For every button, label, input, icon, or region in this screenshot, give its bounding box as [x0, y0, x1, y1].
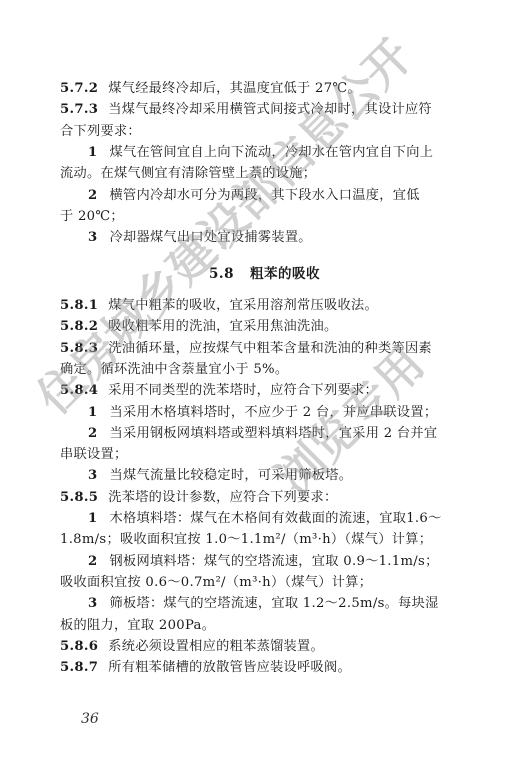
clause-text: 钢板网填料塔：煤气的空塔流速，宜取 0.9～1.1m/s； — [109, 554, 438, 569]
clause-text: 煤气经最终冷却后，其温度宜低于 27℃。 — [108, 81, 361, 96]
clause-text: 横管内冷却水可分为两段，其下段水入口温度，宜低 — [109, 188, 419, 203]
clause-line: 5.8.6系统必须设置相应的粗苯蒸馏装置。 — [60, 638, 472, 656]
clause-text: 木格填料塔：煤气在木格间有效截面的流速，宜取1.6～ — [109, 511, 441, 526]
clause-text: 煤气在管间宜自上向下流动，冷却水在管内宜自下向上 — [109, 145, 433, 160]
clause-text: 串联设置； — [60, 447, 127, 462]
clause-text: 吸收粗苯用的洗油，宜采用焦油洗油。 — [108, 319, 337, 334]
list-item: 3冷却器煤气出口处宜设捕雾装置。 — [88, 229, 500, 247]
list-item: 3当煤气流量比较稳定时，可采用筛板塔。 — [88, 467, 500, 485]
clause-text: 流动。在煤气侧宜有清除管壁上萘的设施； — [60, 166, 316, 181]
list-item: 1煤气在管间宜自上向下流动，冷却水在管内宜自下向上 — [88, 144, 500, 162]
continuation-line: 于 20℃； — [60, 208, 472, 226]
clause-number: 5.8.3 — [60, 341, 98, 356]
clause-text: 确定。循环洗油中含萘量宜小于 5%。 — [60, 362, 288, 377]
continuation-line: 流动。在煤气侧宜有清除管壁上萘的设施； — [60, 165, 472, 183]
continuation-line: 板的阻力，宜取 200Pa。 — [60, 617, 472, 635]
clause-text: 洗油循环量，应按煤气中粗苯含量和洗油的种类等因素 — [108, 341, 432, 356]
document-page: 5.7.2煤气经最终冷却后，其温度宜低于 27℃。5.7.3当煤气最终冷却采用横… — [0, 0, 529, 766]
item-number: 1 — [88, 145, 97, 160]
continuation-line: 串联设置； — [60, 446, 472, 464]
item-number: 3 — [88, 468, 97, 483]
item-number: 1 — [88, 511, 97, 526]
clause-text: 吸收面积宜按 0.6～0.7m²/（m³·h）（煤气）计算； — [60, 575, 372, 590]
clause-number: 5.8.7 — [60, 660, 98, 675]
clause-text: 洗苯塔的设计参数，应符合下列要求： — [108, 490, 337, 505]
clause-line: 5.8.2吸收粗苯用的洗油，宜采用焦油洗油。 — [60, 318, 472, 336]
item-number: 2 — [88, 188, 97, 203]
list-item: 2当采用钢板网填料塔或塑料填料塔时，宜采用 2 台并宜 — [88, 425, 500, 443]
item-number: 3 — [88, 596, 97, 611]
clause-line: 5.8.1煤气中粗苯的吸收，宜采用溶剂常压吸收法。 — [60, 297, 472, 315]
clause-text: 煤气中粗苯的吸收，宜采用溶剂常压吸收法。 — [108, 298, 378, 313]
clause-text: 所有粗苯储槽的放散管皆应装设呼吸阀。 — [108, 660, 351, 675]
clause-line: 5.7.2煤气经最终冷却后，其温度宜低于 27℃。 — [60, 80, 472, 98]
clause-text: 系统必须设置相应的粗苯蒸馏装置。 — [108, 639, 324, 654]
list-item: 1木格填料塔：煤气在木格间有效截面的流速，宜取1.6～ — [88, 510, 500, 528]
clause-line: 5.8.3洗油循环量，应按煤气中粗苯含量和洗油的种类等因素 — [60, 340, 472, 358]
clause-text: 合下列要求： — [60, 124, 141, 139]
page-number: 36 — [81, 711, 99, 727]
clause-number: 5.8.5 — [60, 490, 98, 505]
item-number: 1 — [88, 405, 97, 420]
list-item: 3筛板塔：煤气的空塔流速，宜取 1.2～2.5m/s。每块湿 — [88, 595, 500, 613]
section-heading: 5.8粗苯的吸收 — [0, 262, 529, 282]
clause-line: 5.7.3当煤气最终冷却采用横管式间接式冷却时，其设计应符 — [60, 101, 472, 119]
continuation-line: 吸收面积宜按 0.6～0.7m²/（m³·h）（煤气）计算； — [60, 574, 472, 592]
clause-number: 5.8.6 — [60, 639, 98, 654]
continuation-line: 确定。循环洗油中含萘量宜小于 5%。 — [60, 361, 472, 379]
continuation-line: 合下列要求： — [60, 123, 472, 141]
continuation-line: 1.8m/s；吸收面积宜按 1.0～1.1m²/（m³·h）（煤气）计算； — [60, 531, 472, 549]
section-number: 5.8 — [209, 266, 234, 282]
clause-text: 筛板塔：煤气的空塔流速，宜取 1.2～2.5m/s。每块湿 — [109, 596, 438, 611]
clause-text: 板的阻力，宜取 200Pa。 — [60, 618, 215, 633]
clause-text: 当采用木格填料塔时，不应少于 2 台，并应串联设置； — [109, 405, 437, 420]
clause-number: 5.8.1 — [60, 298, 98, 313]
clause-text: 1.8m/s；吸收面积宜按 1.0～1.1m²/（m³·h）（煤气）计算； — [60, 532, 432, 547]
list-item: 2横管内冷却水可分为两段，其下段水入口温度，宜低 — [88, 187, 500, 205]
clause-line: 5.8.7所有粗苯储槽的放散管皆应装设呼吸阀。 — [60, 659, 472, 677]
item-number: 3 — [88, 230, 97, 245]
clause-text: 当采用钢板网填料塔或塑料填料塔时，宜采用 2 台并宜 — [109, 426, 437, 441]
clause-text: 冷却器煤气出口处宜设捕雾装置。 — [109, 230, 311, 245]
clause-number: 5.7.2 — [60, 81, 98, 96]
clause-text: 当煤气流量比较稳定时，可采用筛板塔。 — [109, 468, 352, 483]
clause-number: 5.8.4 — [60, 383, 98, 398]
clause-text: 采用不同类型的洗苯塔时，应符合下列要求： — [108, 383, 378, 398]
clause-line: 5.8.5洗苯塔的设计参数，应符合下列要求： — [60, 489, 472, 507]
clause-number: 5.7.3 — [60, 102, 98, 117]
list-item: 1当采用木格填料塔时，不应少于 2 台，并应串联设置； — [88, 404, 500, 422]
clause-number: 5.8.2 — [60, 319, 98, 334]
clause-text: 当煤气最终冷却采用横管式间接式冷却时，其设计应符 — [108, 102, 432, 117]
section-title: 粗苯的吸收 — [250, 266, 320, 282]
clause-text: 于 20℃； — [60, 209, 124, 224]
item-number: 2 — [88, 554, 97, 569]
clause-line: 5.8.4采用不同类型的洗苯塔时，应符合下列要求： — [60, 382, 472, 400]
item-number: 2 — [88, 426, 97, 441]
list-item: 2钢板网填料塔：煤气的空塔流速，宜取 0.9～1.1m/s； — [88, 553, 500, 571]
